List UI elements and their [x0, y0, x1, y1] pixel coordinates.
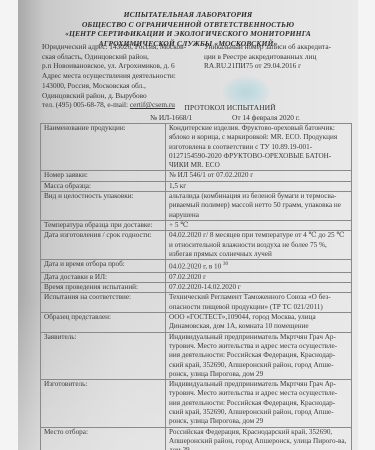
row-key: Температура образца при доставке:	[41, 220, 166, 230]
table-row: Масса образца: 1,5 кг	[41, 181, 352, 191]
table-row: Вид и целостность упаковки: альталида (к…	[41, 192, 352, 221]
row-key: Дата и время отбора проб:	[41, 260, 166, 273]
table-row: Образец представлен: ООО «ГОСТЕСТ»,10904…	[41, 313, 352, 333]
sampling-minutes: 30	[223, 262, 228, 267]
header-line: ОБЩЕСТВО С ОГРАНИЧЕННОЙ ОТВТЕТСТВЕННОСТЬ…	[18, 20, 358, 30]
table-row: Место отбора: Российская Федерация, Крас…	[41, 427, 352, 450]
table-row: Дата и время отбора проб: 04.02.2020 г, …	[41, 260, 352, 273]
accreditation-line: ции в Реестре аккредитованных лиц	[204, 52, 354, 62]
row-key: Место отбора:	[41, 427, 166, 450]
header-line: «ЦЕНТР СЕРТИФИКАЦИИ И ЭКОЛОГИЧЕСКОГО МОН…	[18, 29, 358, 39]
address-line: 143000, Россия, Московская обл.,	[42, 81, 212, 91]
address-line: ская область, Одинцовский район,	[42, 52, 212, 62]
accreditation-line: RA.RU.21ПИ75 от 29.04.2016 г	[204, 61, 354, 71]
row-value: 04.02.2020 г/ 8 месяцев при температуре …	[166, 231, 352, 260]
table-row: Изготовитель: Индивидуальный предпринима…	[41, 380, 352, 427]
row-key: Масса образца:	[41, 181, 166, 191]
table-row: Дата изготовления / срок годности: 04.02…	[41, 231, 352, 260]
row-key: Изготовитель:	[41, 380, 166, 427]
row-value: альталида (комбинация из беленой бумаги …	[166, 192, 352, 221]
row-key: Вид и целостность упаковки:	[41, 192, 166, 221]
table-row: Испытания на соответствие: Технический Р…	[41, 293, 352, 313]
phone-text: тел. (495) 005-68-78, e-mail:	[42, 100, 130, 109]
row-value: 1,5 кг	[166, 181, 352, 191]
protocol-title: ПРОТОКОЛ ИСПЫТАНИЙ	[130, 103, 330, 112]
row-key: Испытания на соответствие:	[41, 293, 166, 313]
row-value: ООО «ГОСТЕСТ»,109044, город Москва, улиц…	[166, 313, 352, 333]
row-key: Дата доставки в ИЛ:	[41, 272, 166, 282]
address-line: р.п Новоивановское, ул. Агрохимиков, д. …	[42, 61, 212, 71]
row-key: Время проведения испытаний:	[41, 283, 166, 293]
row-key: Дата изготовления / срок годности:	[41, 231, 166, 260]
row-value: Технический Регламент Таможенного Союза …	[166, 293, 352, 313]
sampling-datetime: 04.02.2020 г, в 10	[169, 263, 221, 271]
row-key: Номер заявки:	[41, 171, 166, 181]
row-value: Индивидуальный предприниматель Мкртчян Г…	[166, 332, 352, 379]
row-value: № ИЛ 546/1 от 07.02.2020 г	[166, 171, 352, 181]
row-key: Образец представлен:	[41, 313, 166, 333]
table-row: Время проведения испытаний: 07.02.2020-1…	[41, 283, 352, 293]
protocol-table: Наименование продукции: Кондитерские изд…	[40, 123, 352, 450]
address-line: Юридический адрес: 143026, Россия, Моско…	[42, 42, 212, 52]
table-row: Номер заявки: № ИЛ 546/1 от 07.02.2020 г	[41, 171, 352, 181]
protocol-number: № ИЛ-1668/1	[150, 113, 192, 122]
accreditation-line: Уникальный номер записи об аккредита-	[204, 42, 354, 52]
row-key: Наименование продукции:	[41, 124, 166, 171]
row-key: Заявитель:	[41, 332, 166, 379]
address-line: Одинцовский район, д. Вырубово	[42, 91, 212, 101]
table-row: Наименование продукции: Кондитерские изд…	[41, 124, 352, 171]
accreditation-block: Уникальный номер записи об аккредита- ци…	[204, 42, 354, 71]
row-value: Кондитерские изделия. Фруктово-ореховый …	[166, 124, 352, 171]
row-value: 07.02.2020 г	[166, 272, 352, 282]
header-line: ИСПЫТАТЕЛЬНАЯ ЛАБОРАТОРИЯ	[18, 10, 358, 20]
row-value: 07.02.2020-14.02.2020 г	[166, 283, 352, 293]
table-row: Заявитель: Индивидуальный предпринимател…	[41, 332, 352, 379]
table-row: Температура образца при доставке: + 5 ℃	[41, 220, 352, 230]
protocol-date: От 14 февраля 2020 г.	[232, 113, 300, 122]
row-value: + 5 ℃	[166, 220, 352, 230]
address-line: Адрес места осуществления деятельности:	[42, 71, 212, 81]
row-value: Российская Федерация, Краснодарский край…	[166, 427, 352, 450]
address-block: Юридический адрес: 143026, Россия, Моско…	[42, 42, 212, 110]
row-value: 04.02.2020 г, в 10 30	[166, 260, 352, 273]
row-value: Индивидуальный предприниматель Мкртчян Г…	[166, 380, 352, 427]
table-row: Дата доставки в ИЛ: 07.02.2020 г	[41, 272, 352, 282]
